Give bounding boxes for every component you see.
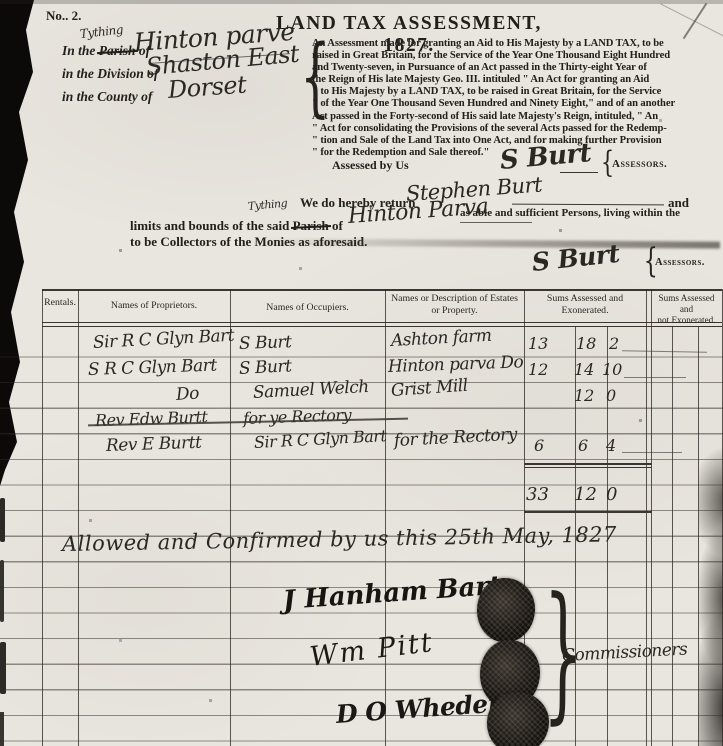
table-header-bottom-border-2 [42,326,722,327]
row4-occupier: for ye Rectory [243,405,352,428]
table-vline-double [651,289,652,746]
scan-edge-blob [0,642,6,694]
table-subvline [672,326,673,746]
preamble-line1-prefix: In the [62,43,95,58]
scan-top-streak [0,0,723,4]
assessors-label: Assessors. [612,158,667,170]
preamble-line2: in the Division of [62,66,158,82]
preamble-line3: in the County of [62,89,152,105]
preamble-county-handwritten: Dorset [167,71,247,104]
return-line3-struck-parish: Parish [293,218,329,234]
pen-dash [622,452,682,453]
assessor-signature: S Burt [499,138,593,176]
scan-edge-blob [0,560,4,622]
land-tax-assessment-document: No.. 2. LAND TAX ASSESSMENT, 1827. Tythi… [0,0,723,746]
tything-annotation: Tything [79,23,123,41]
table-vline-double [646,289,647,746]
scan-edge-blob [0,712,4,746]
pen-flourish-2 [460,222,532,223]
row1-shillings: 18 [576,334,596,353]
wax-seal-1 [477,578,535,642]
total-pounds: 33 [526,484,549,505]
scan-left-torn-edge [0,0,38,486]
act-paragraph: An Assessment made for granting an Aid t… [312,38,722,159]
assessors-label-2: Assessors. [655,257,705,268]
row5-pounds: 6 [534,436,544,455]
row3-occupier: Samuel Welch [252,377,369,403]
preamble-line1-struck-parish: Parish [99,43,136,59]
row2-proprietor: S R C Glyn Bart [88,356,217,380]
row5-pence: 4 [606,436,616,455]
confirmation-handwritten: Allowed and Confirmed by us this 25th Ma… [62,522,617,556]
return-line3-prefix: limits and bounds of the said [130,218,289,233]
table-vline [230,289,231,746]
commissioner-signature-1: J Hanham Bart [282,571,502,616]
total-shillings: 12 [574,484,597,505]
table-subvline [698,326,699,746]
row2-estate: Hinton parva Do [388,352,524,377]
total-top-rule-2 [524,467,652,468]
return-rule [512,204,664,206]
total-bottom-rule [524,511,652,513]
signature-rule [560,172,598,173]
document-number: No.. 2. [46,8,81,24]
row2-pence: 10 [602,360,622,379]
col-header-sums-not-exonerated: Sums Assessed and not Exonerated. [651,293,722,325]
commissioner-signature-2: Wm Pitt [308,627,435,673]
total-pence: 0 [606,484,617,505]
commissioner-signature-3: D O Wheden [335,688,506,729]
row3-pence: 0 [606,386,616,405]
wax-seal-3 [487,692,549,746]
return-line3-suffix: of [332,218,343,233]
row1-estate: Ashton farm [390,326,491,351]
row1-pounds: 13 [528,334,548,353]
col-header-occupiers: Names of Occupiers. [230,302,385,314]
table-top-border [42,289,722,291]
row5-shillings: 6 [578,436,588,455]
row3-proprietor: Do [175,383,199,405]
row1-proprietor: Sir R C Glyn Bart [92,326,234,353]
scan-speckles [0,0,1,1]
col-header-rentals: Rentals. [42,297,78,309]
row4-proprietor: Rev Edw Burtt [95,407,208,430]
table-vline [385,289,386,746]
table-vline [78,289,79,746]
tything-annotation-2: Tything [247,197,287,213]
table-vline [42,289,43,746]
col-header-estates: Names or Description of Estates or Prope… [387,293,522,316]
row1-occupier: S Burt [239,332,292,354]
pen-dash [624,377,686,378]
scan-right-smudge [699,440,723,746]
row1-pence: 2 [609,334,619,353]
total-top-rule [524,463,652,465]
row5-proprietor: Rev E Burtt [106,433,202,456]
table-header-bottom-border [42,322,722,323]
scan-edge-blob [0,498,5,542]
scan-corner-mark [683,3,708,39]
row2-occupier: S Burt [238,356,291,379]
col-header-sums-exonerated: Sums Assessed and Exonerated. [524,293,646,316]
return-line2: as able and sufficient Persons, living w… [460,207,680,219]
assessed-by-us-label: Assessed by Us [332,158,409,173]
row5-occupier: Sir R C Glyn Bart [254,426,387,452]
return-line3: limits and bounds of the said Parish of [130,218,343,234]
row2-pounds: 12 [528,360,548,379]
row5-estate: for the Rectory [393,425,517,451]
row3-shillings: 12 [574,386,594,405]
row2-shillings: 14 [574,360,594,379]
row3-estate: Grist Mill [390,376,468,401]
pen-dash [622,350,707,353]
col-header-proprietors: Names of Proprietors. [78,300,230,312]
